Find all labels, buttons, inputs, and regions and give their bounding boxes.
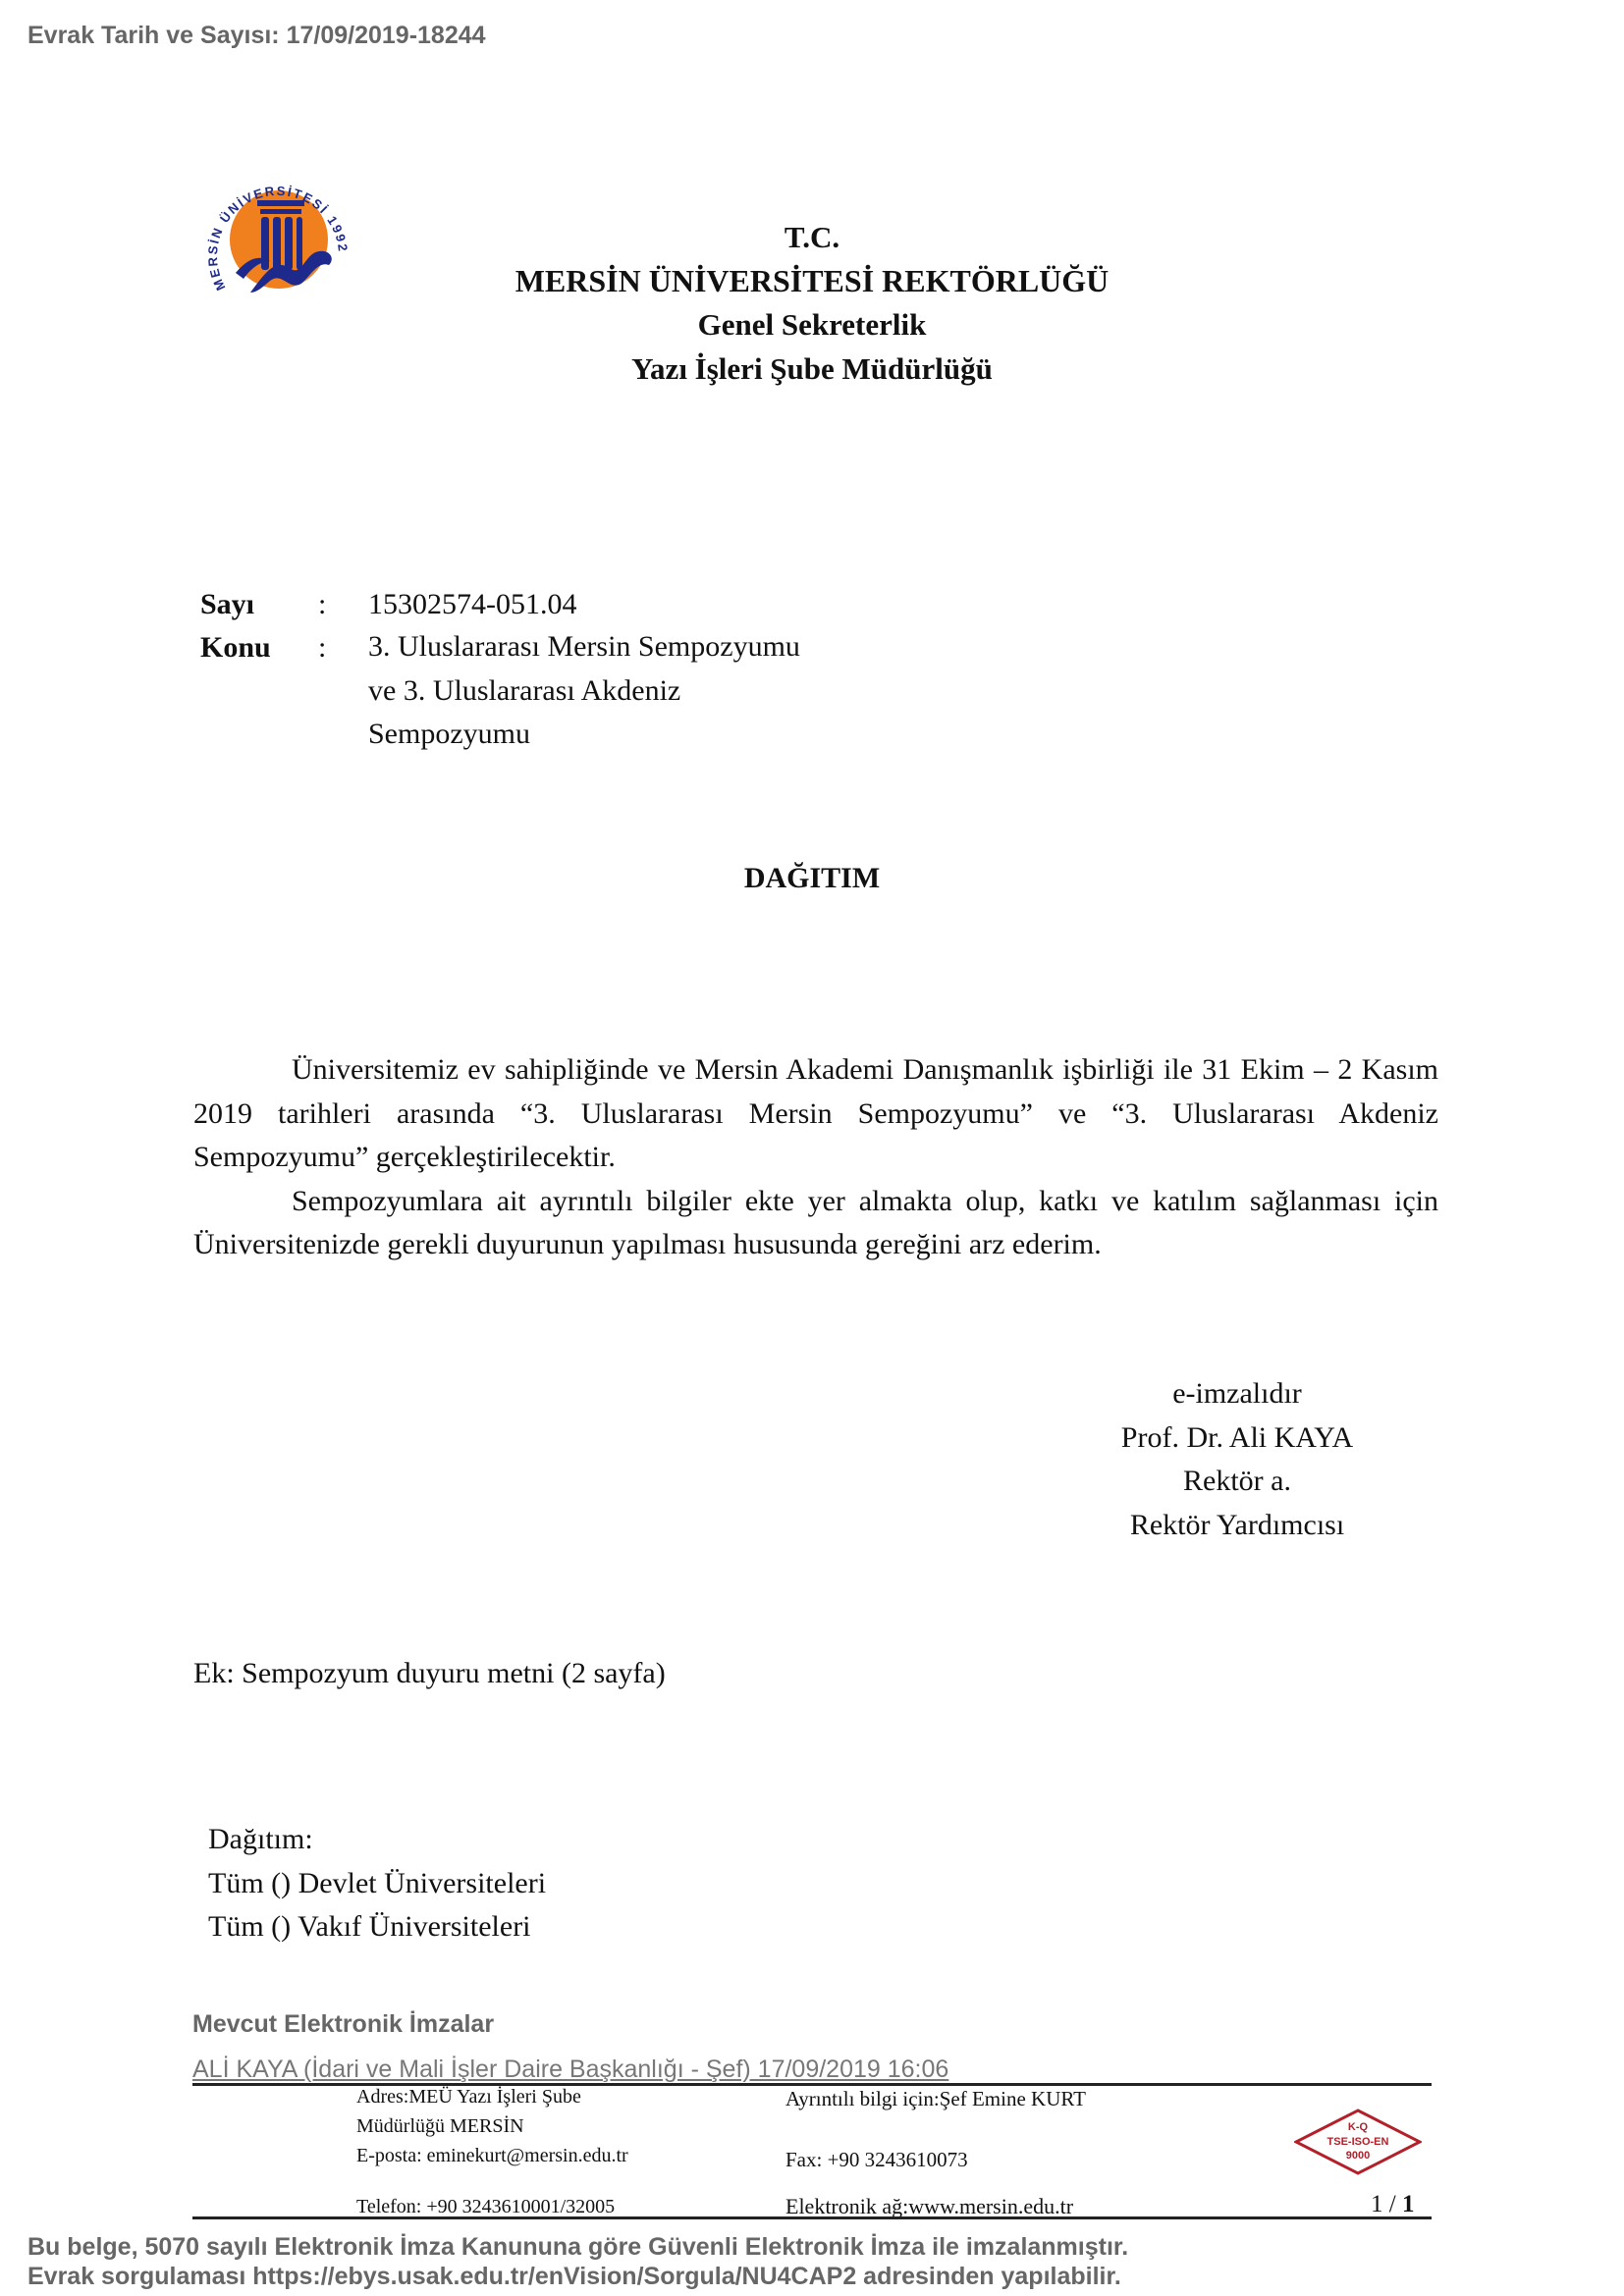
sayi-label: Sayı: [200, 588, 254, 621]
footer-address-line1: Adres:MEÜ Yazı İşleri Şube: [356, 2085, 581, 2109]
footer-address-line2: Müdürlüğü MERSİN: [356, 2114, 524, 2138]
letter-body: Üniversitemiz ev sahipliğinde ve Mersin …: [193, 1048, 1438, 1267]
e-signature-entry-link[interactable]: ALİ KAYA (İdari ve Mali İşler Daire Başk…: [192, 2056, 948, 2084]
page-total: 1: [1402, 2191, 1415, 2217]
header-university: MERSİN ÜNİVERSİTESİ REKTÖRLÜĞÜ: [0, 263, 1624, 299]
signature-block: e-imzalıdır Prof. Dr. Ali KAYA Rektör a.…: [1060, 1372, 1414, 1547]
sayi-value: 15302574-051.04: [368, 588, 577, 621]
distribution-list: Dağıtım: Tüm () Devlet Üniversiteleri Tü…: [208, 1818, 546, 1949]
body-paragraph: Üniversitemiz ev sahipliğinde ve Mersin …: [193, 1048, 1438, 1180]
footer-phone: Telefon: +90 3243610001/32005: [356, 2195, 615, 2218]
konu-line: 3. Uluslararası Mersin Sempozyumu: [368, 625, 800, 669]
svg-text:TSE-ISO-EN: TSE-ISO-EN: [1327, 2136, 1389, 2148]
body-paragraph: Sempozyumlara ait ayrıntılı bilgiler ekt…: [193, 1180, 1438, 1267]
signature-title: Rektör Yardımcısı: [1060, 1504, 1414, 1548]
legal-notice: Bu belge, 5070 sayılı Elektronik İmza Ka…: [27, 2232, 1128, 2291]
signature-name: Prof. Dr. Ali KAYA: [1060, 1416, 1414, 1461]
distribution-item: Tüm () Devlet Üniversiteleri: [208, 1862, 546, 1906]
page-number: 1 / 1: [1371, 2191, 1414, 2218]
header-unit: Genel Sekreterlik: [0, 307, 1624, 343]
page-separator: /: [1383, 2191, 1402, 2217]
footer-website: Elektronik ağ:www.mersin.edu.tr: [785, 2195, 1073, 2218]
attachment-note: Ek: Sempozyum duyuru metni (2 sayfa): [193, 1657, 666, 1690]
distribution-item: Tüm () Vakıf Üniversiteleri: [208, 1905, 546, 1949]
header-tc: T.C.: [0, 220, 1624, 255]
e-signatures-title: Mevcut Elektronik İmzalar: [192, 2010, 494, 2039]
page-current: 1: [1371, 2191, 1383, 2217]
distribution-label: Dağıtım:: [208, 1818, 546, 1862]
legal-signature-notice: Bu belge, 5070 sayılı Elektronik İmza Ka…: [27, 2232, 1128, 2262]
konu-colon: :: [318, 631, 326, 665]
signature-role: Rektör a.: [1060, 1460, 1414, 1504]
header-office: Yazı İşleri Şube Müdürlüğü: [0, 351, 1624, 387]
document-date-number-stamp: Evrak Tarih ve Sayısı: 17/09/2019-18244: [27, 22, 486, 50]
signature-e-signed: e-imzalıdır: [1060, 1372, 1414, 1416]
distribution-heading: DAĞITIM: [0, 862, 1624, 895]
footer-fax: Fax: +90 3243610073: [785, 2148, 968, 2171]
konu-line: Sempozyumu: [368, 713, 800, 757]
footer-contact: Ayrıntılı bilgi için:Şef Emine KURT: [785, 2087, 1086, 2110]
sayi-colon: :: [318, 588, 326, 621]
tse-iso-certification-icon: K-Q TSE-ISO-EN 9000: [1294, 2109, 1422, 2175]
footer-email: E-posta: eminekurt@mersin.edu.tr: [356, 2144, 628, 2167]
konu-label: Konu: [200, 631, 271, 665]
legal-verification-notice: Evrak sorgulaması https://ebys.usak.edu.…: [27, 2262, 1128, 2291]
konu-line: ve 3. Uluslararası Akdeniz: [368, 669, 800, 714]
svg-text:K-Q: K-Q: [1348, 2121, 1369, 2133]
svg-text:9000: 9000: [1346, 2150, 1370, 2162]
konu-value: 3. Uluslararası Mersin Sempozyumu ve 3. …: [368, 625, 800, 757]
footer-bottom-divider: [192, 2216, 1432, 2219]
